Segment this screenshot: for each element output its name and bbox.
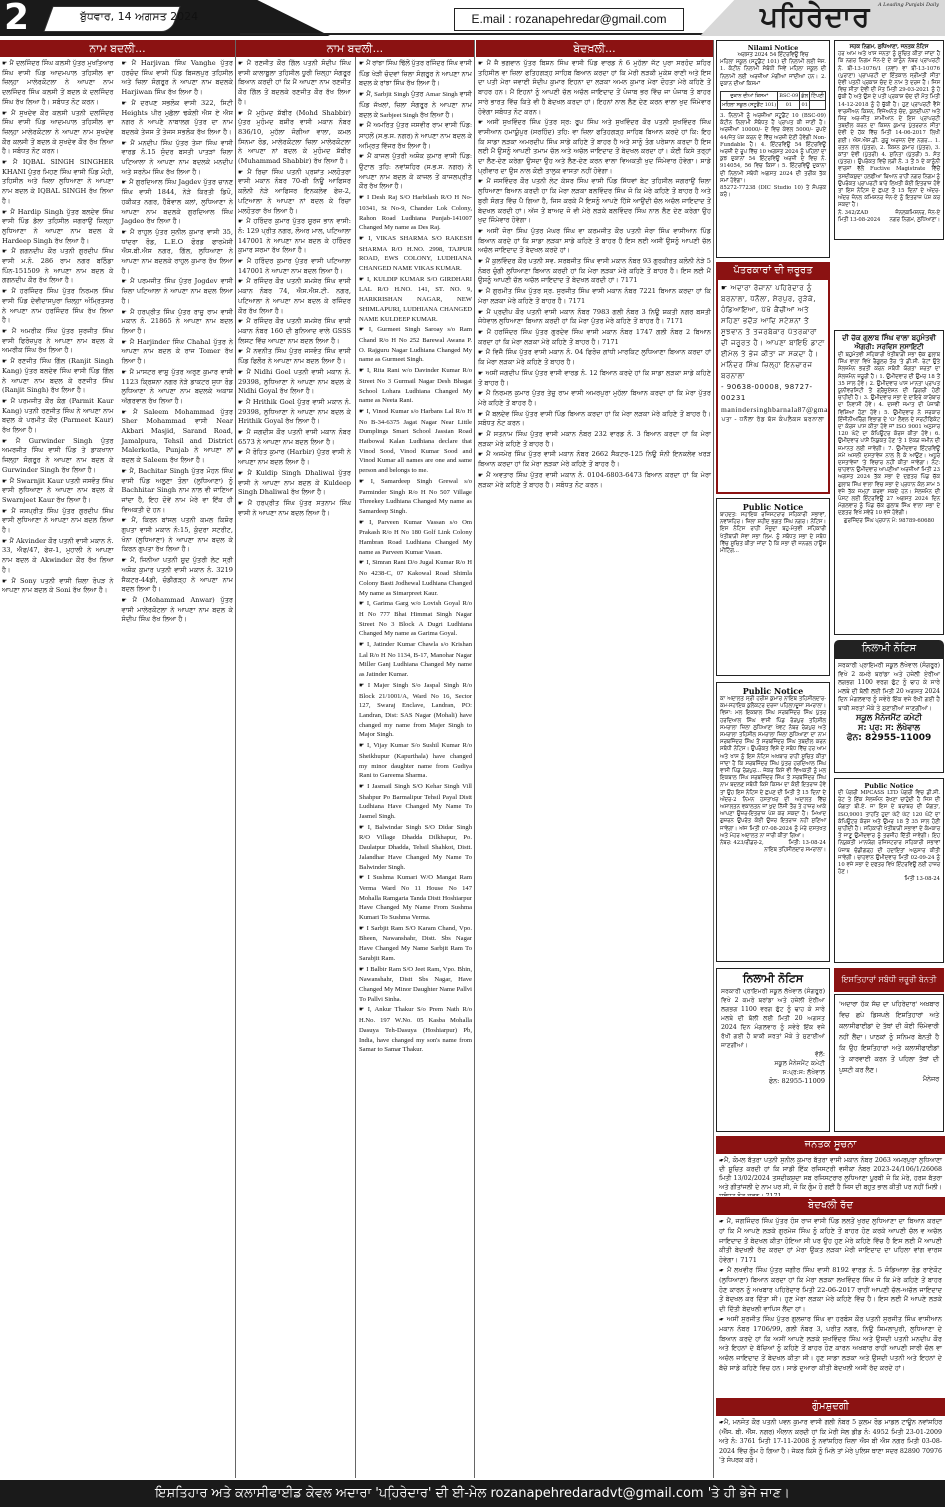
pointer-icon: ☛ [359,743,364,749]
pointer-icon: ☛ [2,538,7,545]
pointer-icon: ☛ [2,209,7,216]
list-item: ☛ ਮੈਂ ਰਾਹੁਲ ਪੁੱਤਰ ਸੁਨੀਲ ਕੁਮਾਰ ਵਾਸੀ 35, ਧ… [122,228,234,277]
pointer-icon: ☛ [238,369,243,376]
pointer-icon: ☛ [2,478,7,485]
list-item: ☛ ਮੈਂ ਜਸਵਿੰਦਰ ਕੌਰ ਪਤਨੀ ਲੇਟ ਕੇਸਰ ਸਿੰਘ ਵਾਸ… [478,177,711,226]
pointer-icon: ☛ [122,229,127,236]
list-item: ☛ ਮੈਂ Akvinder ਕੌਰ ਪਤਨੀ ਵਾਸੀ ਮਕਾਨ ਨੰ. 33… [2,537,114,576]
notice-date: ਮਿਤੀ 13-08-24 [838,876,940,883]
pointer-icon: ☛ [2,578,7,585]
list-item: ☛ ਮੈਂ ਨਿਰਮਲ ਕੁਮਾਰ ਪੁੱਤਰ ਤੇਜੂ ਰਾਮ ਵਾਸੀ ਅਮ… [478,389,711,408]
pointer-icon: ☛ [359,560,364,566]
phone-number: ਫੋਨ: 82955-11009 [721,1077,825,1086]
list-item: ☛ ਮੈਂ ਰਜਿੰਦਰ ਕੌਰ ਪਤਨੀ ਸ਼ਮਸ਼ੇਰ ਸਿੰਘ ਵਾਸੀ … [238,317,351,346]
pointer-icon: ☛ [2,328,7,335]
list-item: ☛ I, Simran Rani D/o Jugal Kumar R/o H N… [359,558,472,598]
pointer-icon: ☛ [2,110,7,117]
list-item: ☛ ਮੈਂ ਹਰਿੰਦਰ ਕੁਮਾਰ ਪੁੱਤਰ ਸੂਰਜ ਭਾਨ ਵਾਸੀ: … [238,217,351,256]
pointer-icon: ☛ [238,60,243,67]
pointer-icon: ☛ [478,431,483,438]
section-heading: ਬੇਦਖਲੀ ਰੱਦ [716,1197,945,1215]
list-item: ☛ ਮੈਂ, ਜਗਜਿੰਦਰ ਸਿੰਘ ਪੁੱਤਰ ਹੰਸ ਰਾਜ ਵਾਸੀ ਪ… [716,1217,945,1266]
ref-number: ਨੰ. 342/ZAD [838,210,868,217]
masthead-email[interactable]: E.mail : rozanapehredar@gmail.com [454,8,684,31]
pointer-icon: ☛ [122,60,127,67]
contact-phone: - 90638-00008, 98727-00231 [721,382,825,404]
list-item: ☛ ਮੈਂ ਹਰਜਿੰਦਰ ਸਿੰਘ ਪੁੱਤਰ ਨਿਰਮਲ ਸਿੰਘ ਵਾਸੀ… [2,287,114,326]
list-item: ☛ ਮੈਂ ਪਰਮਜੀਤ ਸਿੰਘ ਪੁੱਤਰ Jogdev ਵਾਸੀ ਜ਼ਿਲ… [122,277,234,306]
ref-number: ਨੰਬਰ: 423/ਰੀਡਰ-2, [720,840,764,847]
eviction-section: ਬੇਦਖ਼ਲੀ... ☛ ਮੈਂ ਜੈ ਭਗਵਾਨ ਪੁੱਤਰ ਬਿਸ਼ਨ ਸਿ… [476,40,713,1478]
pointer-icon: ☛ [359,642,364,648]
list-item: ☛ ਮੈਂ ਰਣਜੀਤ ਸਿੰਘ ਗਿੱਲ (Ranjit Singh Kang… [2,357,114,396]
pointer-icon: ☛ [122,278,127,285]
masthead-rule [240,33,720,35]
list-item: ☛ ਮੈਂ ਦਲਜਿੰਦਰ ਸਿੰਘ ਕਲਸੀ ਪੁੱਤਰ ਮੁਖਤਿਆਰ ਸਿ… [2,59,114,108]
society-recruitment-notice: ਦੀ ਚੱਕ ਗੁਲਾਬ ਸਿੰਘ ਵਾਲਾ ਬਹੁਮੰਤਵੀ ਐਗਰੀ: ਸਰ… [834,330,944,635]
pointer-icon: ☛ [478,288,483,295]
list-item: ☛ ਮੈਂ Hardip Singh ਪੁੱਤਰ ਬਲਦੇਵ ਸਿੰਘ ਵਾਸੀ… [2,208,114,247]
table-cell: ਮਹਿਲਾ ਸਕੂਲ (ਸਟੂਡੈਂਟ 101) [721,101,778,110]
school-place: ਸ: ਪ੍ਰ: ਸ: ਲੱਖੇਵਾਲ [838,723,940,733]
list-item: ☛ I Majer Singh S/o Jaspal Singh R/o Blo… [359,681,472,740]
name-change-section-2: ਨਾਮ ਬਦਲੀ... ☛ ਮੈਂ ਰਣਜੀਤ ਕੌਰ ਗਿੱਲ ਪਤਨੀ ਸੰ… [236,40,474,1478]
table-cell [810,101,826,110]
section-heading: ਨਿਲਾਮੀ ਨੋਟਿਸ [834,640,944,658]
eviction-entries: ☛ ਮੈਂ ਜੈ ਭਗਵਾਨ ਪੁੱਤਰ ਬਿਸ਼ਨ ਸਿੰਘ ਵਾਸੀ ਪਿੰ… [476,59,713,490]
list-item: ☛ ਮੈਂ (Mohammad Anwar) ਪੁੱਤਰ ਵਾਸੀ ਮਾਲੇਰਕ… [122,596,234,625]
list-item: ☛ ਮੈਂ ਲਖਵੀਰ ਸਿੰਘ ਪੁੱਤਰ ਜਗੀਰ ਸਿੰਘ ਵਾਸੀ 81… [716,1266,945,1315]
list-item: ☛ ਮੈਂ, ਜਿਨੀਆ ਪਤਨੀ ਸੂਦ ਪੁੱਤਰੀ ਲੇਟ ਸ੍ਰੀ ਅਸ… [122,556,234,595]
pointer-icon: ☛ [238,399,243,406]
pointer-icon: ☛ [478,178,483,185]
notice-title: Nilami Notice [720,44,826,52]
pointer-icon: ☛ [478,370,483,377]
pointer-icon: ☛ [359,784,364,790]
list-item: ☛ ਮੈਂ Saleem Mohammad ਪੁੱਤਰ Sher Mohamma… [122,408,234,466]
list-item: ☛ ਮੈਂ ਕੁਲਵਿੰਦਰ ਕੌਰ ਪਤਨੀ ਸਵ. ਸਰਬਜੀਤ ਸਿੰਘ … [478,257,711,286]
signer-office: ਨਗਰ ਨਿਗਮ, ਲੁਧਿਆਣਾ। [890,217,940,224]
public-notice-2: Public Notice ਕਾ ਅਦਾਲਤ ਸ੍ਰੀ ਹਰੀਸ਼ ਕੁਮਾਰ … [716,682,830,962]
list-item: ☛ ਮੈਂ ਗਗਨਦੀਪ ਕੌਰ ਪਤਨੀ ਗੁਰਦੀਪ ਸਿੰਘ ਵਾਸੀ ਮ… [2,247,114,286]
list-item: ☛ ਮੈਂ ਵਿਜੈ ਸਿੰਘ ਪੁੱਤਰ ਵਾਸੀ ਮਕਾਨ ਨੰ. 04 ਫ… [478,348,711,367]
list-item: ☛ ਮੈਂ ਅਵਤਾਰ ਸਿੰਘ ਪੁੱਤਰ ਵਾਸੀ ਮਕਾਨ ਨੰ. 010… [478,471,711,490]
list-item: ☛ ਮੈਂ ਮਨਦੀਪ ਸਿੰਘ ਪੁੱਤਰ ਤੇਜਾ ਸਿੰਘ ਵਾਸੀ ਵਾ… [122,139,234,178]
pointer-icon: ☛ [122,140,127,147]
pointer-icon: ☛ [719,1266,724,1274]
list-item: ☛ ਮੈਂ, Bachitar Singh ਪੁੱਤਰ ਮੋਹਨ ਸਿੰਘ ਵਾ… [122,467,234,516]
pointer-icon: ☛ [2,60,7,67]
pointer-icon: ☛ [359,520,364,526]
pointer-icon: ☛ [122,179,127,186]
pointer-icon: ☛ [359,154,364,160]
pointer-icon: ☛ [122,309,127,316]
list-item: ☛ I, Jatinder Kumar Chawla s/o Krishan L… [359,640,472,680]
pointer-icon: ☛ [478,60,483,67]
pointer-icon: ☛ [122,339,127,346]
list-item: ☛ ਮੈਂ Nidhi Goel ਪਤਨੀ ਵਾਸੀ ਮਕਾਨ ਨੰ. 2939… [238,368,351,397]
list-item: ☛ ਮੈਂ ਨਵਨੀਤ ਸਿੰਘ ਪੁੱਤਰ ਜਸਵੰਤ ਸਿੰਘ ਵਾਸੀ ਪ… [238,347,351,366]
issue-date: ਬੁੱਧਵਾਰ, 14 ਅਗਸਤ 2024 [80,10,198,24]
name-change-column-2: ☛ ਮੈਂ Harjivan ਸਿੰਘ Vanghe ਪੁੱਤਰ ਹਰਚੰਦ ਸ… [120,59,236,626]
pointer-icon: ☛ [478,390,483,397]
committee-name: ਸਕੂਲ ਮੈਨੇਜਮੈਂਟ ਕਮੇਟੀ [721,1059,825,1068]
auction-body: ਸਰਕਾਰੀ ਪ੍ਰਾਇਮਰੀ ਸਕੂਲ ਲੱਖੇਵਾਲ (ਸੰਗਰੂਰ) ਵਿ… [838,662,940,713]
list-item: ☛ ਮੈਂ Gurwinder Singh ਪੁੱਤਰ ਅਮਰਜੀਤ ਸਿੰਘ … [2,437,114,476]
pointer-icon: ☛ [359,236,364,242]
auction-notice-2: ਨਿਲਾਮੀ ਨੋਟਿਸ ਸਰਕਾਰੀ ਪ੍ਰਾਇਮਰੀ ਸਕੂਲ ਲੱਖੇਵਾ… [716,968,830,1132]
eviction-cancel-section: ☛ ਮੈਂ, ਜਗਜਿੰਦਰ ਸਿੰਘ ਪੁੱਤਰ ਹੰਸ ਰਾਜ ਵਾਸੀ ਪ… [716,1217,945,1397]
pointer-icon: ☛ [122,409,127,416]
public-notice-1: Public Notice ਬਾਹਦਤ: ਸਹਾਇਕ ਰਜਿਸਟਰਾਰ ਸਹਿਕ… [716,498,830,676]
pointer-icon: ☛ [359,825,364,831]
pointer-icon: ☛ [478,451,483,458]
list-item: ☛ ਮੈਂ ਰੋਹਿਤ ਕੁਮਾਰ (Harbir) ਪੁੱਤਰ ਵਾਸੀ ਨੇ… [238,448,351,467]
pointer-icon: ☛ [2,358,7,365]
pointer-icon: ☛ [2,248,7,255]
list-item: ☛ ਮੈਂ ਸਤਨਾਮ ਸਿੰਘ ਪੁੱਤਰ ਵਾਸੀ ਮਕਾਨ ਨੰਬਰ 23… [478,430,711,449]
pointer-icon: ☛ [238,169,243,176]
table-row: ਮਹਿਲਾ ਸਕੂਲ (ਸਟੂਡੈਂਟ 101) 01 01 [721,101,826,110]
pointer-icon: ☛ [2,508,7,515]
pointer-icon: ☛ [238,348,243,355]
pointer-icon: ☛ [122,100,127,107]
list-item: ☛ ਮੈਂ ਪ੍ਰਦੀਪ ਕੌਰ ਪਤਨੀ ਵਾਸੀ ਮਕਾਨ ਨੰਬਰ 798… [478,308,711,327]
list-item: ☛ ਮੈਂ ਹਰਪ੍ਰੀਤ ਸਿੰਘ ਪੁੱਤਰ ਸਤਨਾਮ ਸਿੰਘ ਵਾਸੀ… [238,499,351,518]
pointer-icon: ☛ [359,195,364,201]
pointer-icon: ☛ [478,309,483,316]
pointer-icon: ☛ [478,472,483,479]
pointer-icon: ☛ [359,967,364,973]
list-item: ☛ ਮੈਂ ਗੁਰਦਿਆਲ ਸਿੰਘ Jagdev ਪੁੱਤਰ ਚਾਨਣ ਸਿੰ… [122,178,234,227]
list-item: ☛ ਮੈਂ ਰਣਜੀਤ ਕੌਰ ਗਿੱਲ ਪਤਨੀ ਸੰਦੀਪ ਸਿੰਘ ਵਾਸ… [238,59,351,108]
list-item: ☛ I, VIKAS SHARMA S/O RAKESH SHARMA R/O … [359,234,472,274]
pointer-icon: ☛ [238,110,243,117]
pointer-icon: ☛ [122,468,127,475]
list-item: ☛ ਮੈਂ ਪਰਮਜੀਤ ਕੌਰ ਕੰਗ (Parmit Kaur Kang) … [2,397,114,436]
notice-date: ਮਿਤੀ 13-08-2024 [838,217,880,224]
list-item: ☛ ਮੈਂ IQBAL SINGH SINGHER KHANI ਪੁੱਤਰ ਮਿ… [2,158,114,207]
list-item: ☛ ਅਸੀਂ ਜੋਰਾ ਸਿੰਘ ਪੁੱਤਰ ਮੱਘਰ ਸਿੰਘ ਵਾ ਕਰਮਜ… [478,227,711,256]
pointer-icon: ☛ [2,288,7,295]
list-item: ☛ I, KULDIP KUMAR S/O GIRDHARI LAL R/O H… [359,275,472,325]
by-label: ਵੱਲੋਂ: [721,1050,825,1059]
table-cell: 01 [778,101,800,110]
pointer-icon: ☛ [359,123,364,129]
list-item: ☛ I Jasmail Singh S/O Kehar Singh Vill S… [359,782,472,822]
notice-title: Public Notice [720,686,826,696]
pointer-icon: ☛ [478,411,483,418]
list-item: ☛ ਮੈਂ Swarnjit Kaur ਪਤਨੀ ਜਸਵੰਤ ਸਿੰਘ ਵਾਸੀ… [2,477,114,506]
pointer-icon: ☛ [359,683,364,689]
list-item: ☛ ਮੈਂ ਰਜਿੰਦਰ ਕੌਰ ਪਤਨੀ ਸ਼ਮਸ਼ੇਰ ਸਿੰਘ ਵਾਸੀ … [238,277,351,316]
auction-body: ਸਰਕਾਰੀ ਪ੍ਰਾਇਮਰੀ ਸਕੂਲ ਲੱਖੇਵਾਲ (ਸੰਗਰੂਰ) ਵਿ… [721,987,825,1050]
notice-title: Public Notice [838,782,940,790]
table-cell: 01 [800,101,810,110]
name-change-column-4: ☛ ਮੈਂ ਰਾਂਝਾ ਸਿੰਘ ਢਿੱਲੋਂ ਪੁੱਤਰ ਰਜਿੰਦਰ ਸਿੰ… [357,59,474,1056]
notice-contact: 85272-77238 (DIC Studio 10) ਤੇ ਸੰਪਰਕ ਕਰੋ… [720,185,826,199]
list-item: ☛ ਮੈਂ ਹਰਜਿੰਦਰ ਸਿੰਘ ਪੁੱਤਰ ਗੁਰਦੇਵ ਸਿੰਘ ਵਾਸ… [478,328,711,347]
pointer-icon: ☛ [719,1315,724,1323]
pointer-icon: ☛ [478,329,483,336]
signer-title: ਜੋਨਲਕਮਿਸ਼ਨਰ, ਜੋਨ-ਏ [895,210,940,217]
list-item: ☛ I, Ankur Thakur S/o Prem Nath R/o H.No… [359,1005,472,1055]
list-item: ☛ ਮੈਂ ਰਿਚਾ ਸਿੰਘ ਪਤਨੀ ਪ੍ਰਸ਼ਾਂਤ ਮਲਹੋਤਰਾ ਵਾ… [238,168,351,217]
notice-body: ਦੀ ਪੰਗਰੀ MPCASS LTD ਪੰਗਰੀ ਵਿਚ ਡੀ.ਸੀ. ਰੇਟ… [838,790,940,876]
list-item: ☛ I Sushma Kumari W/O Mangat Ram Verma W… [359,873,472,923]
notice-title: ਦੀ ਚੱਕ ਗੁਲਾਬ ਸਿੰਘ ਵਾਲਾ ਬਹੁਮੰਤਵੀ ਐਗਰੀ: ਸਰ… [838,334,940,352]
list-item: ☛ ਮੈਂ ਹਰਪ੍ਰੀਤ ਸਿੰਘ ਪੁੱਤਰ ਰਾਜੂ ਰਾਮ ਵਾਸੀ ਮ… [122,308,234,337]
phone-number: ਫੋਨ: 82955-11009 [838,733,940,743]
list-item: ☛ ਅਸੀਂ ਸੁਖਵਿੰਦਰ ਸਿੰਘ ਪੁੱਤਰ ਸ੍ਰ: ਰੂਪ ਸਿੰਘ… [478,118,711,176]
pointer-icon: ☛ [2,159,7,166]
pointer-icon: ☛ [359,409,364,415]
list-item: ☛ I Desh Raj S/O Harbilash R/O H No-1034… [359,193,472,233]
pointer-icon: ☛ [238,429,243,436]
list-item: ☛ਮੈਂ, ਮਨਜੋਤ ਕੌਰ ਪਤਨੀ ਪਵਨ ਕੁਮਾਰ ਵਾਸੀ ਗਲੀ … [716,1418,945,1466]
name-change-section-1: ਨਾਮ ਬਦਲੀ... ☛ ਮੈਂ ਦਲਜਿੰਦਰ ਸਿੰਘ ਕਲਸੀ ਪੁੱਤ… [0,40,235,1478]
list-item: ☛ I, Rita Rani w/o Davinder Kumar R/o St… [359,366,472,406]
section-heading: ਨਿਲਾਮੀ ਨੋਟਿਸ [721,971,825,987]
contact-email[interactable]: manindersinghbarnala87@gmail.com [721,404,825,415]
notice-body-2: 3. ਨਿਲਾਮੀ ਨੂੰ ਅਰਜ਼ੀਆਂ ਸਟੂਡੈਂਟ 10 (BSC-09… [720,113,826,185]
list-item: ☛ ਮੈਂ ਬਲਦੇਵ ਸਿੰਘ ਪੁੱਤਰ ਵਾਸੀ ਪਿੰਡ ਬਿਆਨ ਕਰ… [478,410,711,429]
name-change-column-3: ☛ ਮੈਂ ਰਣਜੀਤ ਕੌਰ ਗਿੱਲ ਪਤਨੀ ਸੰਦੀਪ ਸਿੰਘ ਵਾਸ… [236,59,353,1056]
pointer-icon: ☛ [238,470,243,477]
list-item: ☛ ਮੈਂ ਰਾਂਝਾ ਸਿੰਘ ਢਿੱਲੋਂ ਪੁੱਤਰ ਰਜਿੰਦਰ ਸਿੰ… [359,59,472,89]
notice-body: ਮਹਿਲਾ ਸਕੂਲ (ਸਟੂਡੈਂਟ 101) ਦੀ ਨਿਲਾਮੀ ਲਈ ਜੇ… [720,59,826,88]
notice-body: ਦੀ ਬਹੁਮੰਤਵੀ ਸਹਿਕਾਰੀ ਖੇਤੀਬਾੜੀ ਸਭਾ ਚੱਕ ਗੁਲ… [838,352,940,518]
list-item: ☛ I, Vinod Kumar s/o Harbans Lal R/o H N… [359,407,472,476]
shop-table: ਦੁਕਾਨ ਦੀਆਂ ਕਿਸਮਾਂ BSC-09 ਕੁੱਲ ਟਿੱਪਣੀ ਮਹਿ… [720,91,826,110]
section-heading: ਪੱਤਰਕਾਰਾਂ ਦੀ ਜ਼ਰੂਰਤ [716,262,830,280]
nilami-notice-box: Nilami Notice ਅਗਸਤ 2024 54 ਇੰਟਰਵਿਊ ਵਿਚ ਮ… [716,40,830,258]
reporters-body: ☛ ਅਦਾਰਾ ਰੋਜ਼ਾਨਾ ਪਹਿਰੇਦਾਰ ਨੂੰ ਬਰਨਾਲਾ, ਧਨੌ… [721,283,825,360]
section-heading: ਜਨਤਕ ਸੂਚਨਾ [716,1136,945,1154]
name-change-column-1: ☛ ਮੈਂ ਦਲਜਿੰਦਰ ਸਿੰਘ ਕਲਸੀ ਪੁੱਤਰ ਮੁਖਤਿਆਰ ਸਿ… [0,59,116,626]
pointer-icon: ☛ [122,369,127,376]
public-info-section: ☛ਮੈਂ, ਕੋਮਲ ਬੱਤਰਾ ਪਤਨੀ ਸੁਨੀਲ ਕੁਮਾਰ ਬੱਤਰਾ … [716,1156,945,1196]
pointer-icon: ☛ [122,557,127,564]
table-header: BSC-09 [778,92,800,101]
pointer-icon: ☛ [2,398,7,405]
section-heading: ਬੇਦਖ਼ਲੀ... [476,40,713,57]
list-item: ☛ ਮੈਂ ਅਜਮੇਰ ਸਿੰਘ ਪੁੱਤਰ ਵਾਸੀ ਮਕਾਨ ਨੰਬਰ 26… [478,450,711,469]
pointer-icon: ☛ [238,218,243,225]
pointer-icon: ☛ [359,1007,364,1013]
list-item: ☛ ਮੈਂ ਅਮਰਿਤ ਪੁੱਤਰ ਜਸਵੀਰ ਰਾਮ ਵਾਸੀ ਪਿੰਡ: ਸ… [359,121,472,151]
list-item: ☛ I, Samardeep Singh Grewal s/o Parminde… [359,477,472,517]
list-item: ☛ I Balbir Ram S/O Jeet Ram, Vpo. Bhin, … [359,965,472,1005]
notice-body: ਕਾ ਅਦਾਲਤ ਸ੍ਰੀ ਹਰੀਸ਼ ਕੁਮਾਰ ਨਾਇਬ ਤਹਿਸੀਲਦਾਰ… [720,696,826,840]
reporters-wanted-box: ☛ ਅਦਾਰਾ ਰੋਜ਼ਾਨਾ ਪਹਿਰੇਦਾਰ ਨੂੰ ਬਰਨਾਲਾ, ਧਨੌ… [716,280,830,494]
ad-disclaimer-box: 'ਅਦਾਰਾ ਹੱਕ ਸੱਚ ਦਾ ਪਹਿਰੇਦਾਰ' ਅਖ਼ਬਾਰ ਵਿਚ ਛ… [834,994,944,1132]
committee-name: ਸਕੂਲ ਮੈਨੇਜਮੈਂਟ ਕਮੇਟੀ [838,713,940,723]
section-heading: ਗੁੰਮਸ਼ੁਦਗੀ [716,1398,945,1416]
pointer-icon: ☛ [721,284,728,292]
pointer-icon: ☛ [238,258,243,265]
list-item: ☛ ਮੈਂ ਜੈ ਭਗਵਾਨ ਪੁੱਤਰ ਬਿਸ਼ਨ ਸਿੰਘ ਵਾਸੀ ਪਿੰ… [478,59,711,117]
list-item: ☛ I, Gurmeet Singh Saroay s/o Ram Chand … [359,325,472,365]
list-item: ☛ ਮੈਂ ਮਾਸਟਰ ਵਾਸੂ ਪੁੱਤਰ ਅਰੁਣ ਕੁਮਾਰ ਵਾਸੀ 1… [122,368,234,407]
pointer-icon: ☛ [359,92,364,98]
pointer-icon: ☛ [359,875,364,881]
list-item: ☛ I, Parveen Kumar Vassan s/o Om Prakash… [359,518,472,558]
list-item: ☛ ਮੈਂ ਸੁਖਦੇਵ ਕੌਰ ਕਲਸੀ ਪਤਨੀ ਦਲਜਿੰਦਰ ਸਿੰਘ … [2,109,114,158]
pointer-icon: ☛ [238,278,243,285]
list-item: ☛ ਮੈਂ ਜਗਦੀਸ਼ ਕੌਰ ਪਤਨੀ ਵਾਸੀ ਮਕਾਨ ਨੰਬਰ 657… [238,428,351,447]
pointer-icon: ☛ [478,258,483,265]
list-item: ☛ ਮੈਂ ਕਾਜਲ ਪੁੱਤਰੀ ਅਸ਼ੋਕ ਕੁਮਾਰ ਵਾਸੀ ਪਿੰਡ:… [359,152,472,192]
pointer-icon: ☛ [238,318,243,325]
list-item: ☛ I, Garima Garg w/o Lovish Goyal R/o H … [359,599,472,639]
pointer-icon: ☛ [238,449,243,456]
list-item: ☛ I, Vijay Kumar S/o Sushil Kumar R/o Sh… [359,741,472,781]
logo-tagline: A Leading Punjabi Daily [878,2,939,8]
pointer-icon: ☛ [122,517,127,524]
masthead: 2 ਬੁੱਧਵਾਰ, 14 ਅਗਸਤ 2024 E.mail : rozanap… [0,0,945,36]
list-item: ☛ I, Balwindar Singh S/O Didar Singh R/O… [359,823,472,873]
table-header: ਦੁਕਾਨ ਦੀਆਂ ਕਿਸਮਾਂ [721,92,778,101]
list-item: ☛ਮੈਂ, ਕੋਮਲ ਬੱਤਰਾ ਪਤਨੀ ਸੁਨੀਲ ਕੁਮਾਰ ਬੱਤਰਾ … [716,1156,945,1196]
list-item: ☛ ਮੈਂ, Sarbjit Singh ਪੁੱਤਰ Amar Singh ਵਾ… [359,90,472,120]
list-item: ☛ ਮੈਂ Harjinder ਸਿੰਘ Chahal ਪੁੱਤਰ ਨੇ ਆਪਣ… [122,338,234,367]
school-place: ਸ:ਪ੍ਰ:ਸ: ਲੱਖੇਵਾਲ [721,1068,825,1077]
list-item: ☛ ਅਸੀਂ ਸੁਰਜੀਤ ਸਿੰਘ ਪੁੱਤਰ ਗੁਲਜ਼ਾਰ ਸਿੰਘ ਵਾ… [716,1315,945,1374]
contact-name: ਮਨਿੰਦਰ ਸਿੰਘ ਜ਼ਿਲ੍ਹਾ ਇਨਚਾਰਜ ਬਰਨਾਲਾ [721,360,825,382]
newspaper-logo: ਪਹਿਰੇਦਾਰ [760,0,871,34]
pointer-icon: ☛ [359,61,364,67]
table-header: ਟਿੱਪਣੀ [810,92,826,101]
auction-notice-1: ਸਰਕਾਰੀ ਪ੍ਰਾਇਮਰੀ ਸਕੂਲ ਲੱਖੇਵਾਲ (ਸੰਗਰੂਰ) ਵਿ… [834,658,944,773]
pointer-icon: ☛ [359,368,364,374]
list-item: ☛ ਮੈਂ Hrithik Goel ਪੁੱਤਰ ਵਾਸੀ ਮਕਾਨ ਨੰ. 2… [238,398,351,427]
column-divider [474,40,475,1478]
pointer-icon: ☛ [478,119,483,126]
notice-body: ਹਰ ਆਮ ਅਤੇ ਖਾਸ ਜਨਤਾ ਨੂੰ ਸੂਚਿਤ ਕੀਤਾ ਜਾਂਦਾ … [838,51,940,209]
table-header: ਕੁੱਲ [800,92,810,101]
notice-title: Public Notice [720,502,826,512]
list-item: ☛ ਮੈਂ, ਕਿਰਨ ਬਾਂਸਲ ਪਤਨੀ ਕਮਲ ਕਿਸ਼ੋਰ ਗੁਪਤਾ … [122,516,234,555]
public-notice-3: Public Notice ਦੀ ਪੰਗਰੀ MPCASS LTD ਪੰਗਰੀ … [834,778,944,963]
signer: ਮੈਨੇਜਰ [839,1076,939,1083]
pointer-icon: ☛ [122,597,127,604]
list-item: ☛ ਮੈਂ Kuldip Singh Dhaliwal ਪੁੱਤਰ ਵਾਸੀ ਨ… [238,469,351,498]
footer-banner: ਇਸ਼ਤਿਹਾਰ ਅਤੇ ਕਲਾਸੀਫਾਈਡ ਕੇਵਲ ਅਦਾਰਾ 'ਪਹਿ਼ਰ… [0,1480,945,1507]
list-item: ☛ ਮੈਂ ਗੁਰਮੀਤ ਸਿੰਘ ਪੁੱਤਰ ਸ੍ਰ. ਸੁਰਜੀਤ ਸਿੰਘ… [478,287,711,306]
section-heading: ਇਸ਼ਤਿਹਾਰਾਂ ਸਬੰਧੀ ਜ਼ਰੂਰੀ ਬੇਨਤੀ [834,968,944,992]
list-item: ☛ ਅਸੀਂ ਜਗਦੀਪ ਸਿੰਘ ਪੁੱਤਰ ਵਾਸੀ ਵਾਰਡ ਨੰ. 12… [478,369,711,388]
pointer-icon: ☛ [478,349,483,356]
pointer-icon: ☛ [719,1217,724,1225]
list-item: ☛ ਮੈਂ ਹਰਿੰਦਰ ਕੁਮਾਰ ਪੁੱਤਰ ਵਾਸੀ ਪਟਿਆਲਾ 147… [238,257,351,276]
pointer-icon: ☛ [359,601,364,607]
list-item: ☛ ਮੈਂ ਜਸਪ੍ਰੀਤ ਸਿੰਘ ਪੁੱਤਰ ਗੁਰਦੀਪ ਸਿੰਘ ਵਾਸ… [2,507,114,536]
list-item: ☛ ਮੈਂ Sony ਪਤਨੀ ਵਾਸੀ ਜ਼ਿਲਾ ਰੋਪੜ ਨੇ ਆਪਣਾ … [2,577,114,596]
contact-address: ਪਤਾ - ਧਨੌਲਾ ਰੋਡ ਬੱਸ ਕੰਪਲੈਕਸ ਬਰਨਾਲਾ [721,415,825,424]
signer: ਨਾਇਬ ਤਹਿਸੀਲਦਾਰ ਸਮਰਾਲਾ। [720,847,826,854]
pointer-icon: ☛ [359,277,364,283]
disclaimer-body: 'ਅਦਾਰਾ ਹੱਕ ਸੱਚ ਦਾ ਪਹਿਰੇਦਾਰ' ਅਖ਼ਬਾਰ ਵਿਚ ਛ… [839,999,939,1076]
section-heading: ਨਾਮ ਬਦਲੀ... [236,40,474,57]
column-divider [713,40,714,1478]
notice-body: ਬਾਹਦਤ: ਸਹਾਇਕ ਰਜਿਸਟਰਾਰ ਸਹਿਕਾਰੀ ਸਭਾਵਾਂ, ਨਵ… [720,512,826,555]
list-item: ☛ I Sarbjit Ram S/O Karam Chand, Vpo. Bh… [359,924,472,964]
pointer-icon: ☛ [2,438,7,445]
pointer-icon: ☛ [238,500,243,507]
list-item: ☛ ਮੈਂ ਮੁਹੰਮਦ ਸ਼ੱਬੀਰ (Mohd Shabbir) ਪੁੱਤਰ… [238,109,351,167]
list-item: ☛ ਮੈਂ ਦਰਪਣ ਸਭਲੋਕ ਵਾਸੀ 322, ਸਿਟੀ Heights … [122,99,234,138]
list-item: ☛ ਮੈਂ ਅਮਰੀਕ ਸਿੰਘ ਪੁੱਤਰ ਸੁਰਜੀਤ ਸਿੰਘ ਵਾਸੀ … [2,327,114,356]
missing-section: ☛ਮੈਂ, ਮਨਜੋਤ ਕੌਰ ਪਤਨੀ ਪਵਨ ਕੁਮਾਰ ਵਾਸੀ ਗਲੀ … [716,1418,945,1478]
page-number: 2 [4,0,29,38]
section-heading: ਨਾਮ ਬਦਲੀ... [0,40,235,57]
pointer-icon: ☛ [478,228,483,235]
list-item: ☛ ਮੈਂ Harjivan ਸਿੰਘ Vanghe ਪੁੱਤਰ ਹਰਚੰਦ ਸ… [122,59,234,98]
pointer-icon: ☛ [359,926,364,932]
pointer-icon: ☛ [359,479,364,485]
pointer-icon: ☛ [359,327,364,333]
municipal-notice-box: ਸਹਕ ਨਿਗਮ, ਲੁਧਿਆਣਾ, ਜਨਤਕ ਨੋਟਿਸ ਹਰ ਆਮ ਅਤੇ … [834,40,944,240]
signer: ਗੁਰਜਿੰਦਰ ਸਿੰਘ ਪ੍ਰਧਾਨ ਮੋ: 98789-60680 [838,518,940,525]
